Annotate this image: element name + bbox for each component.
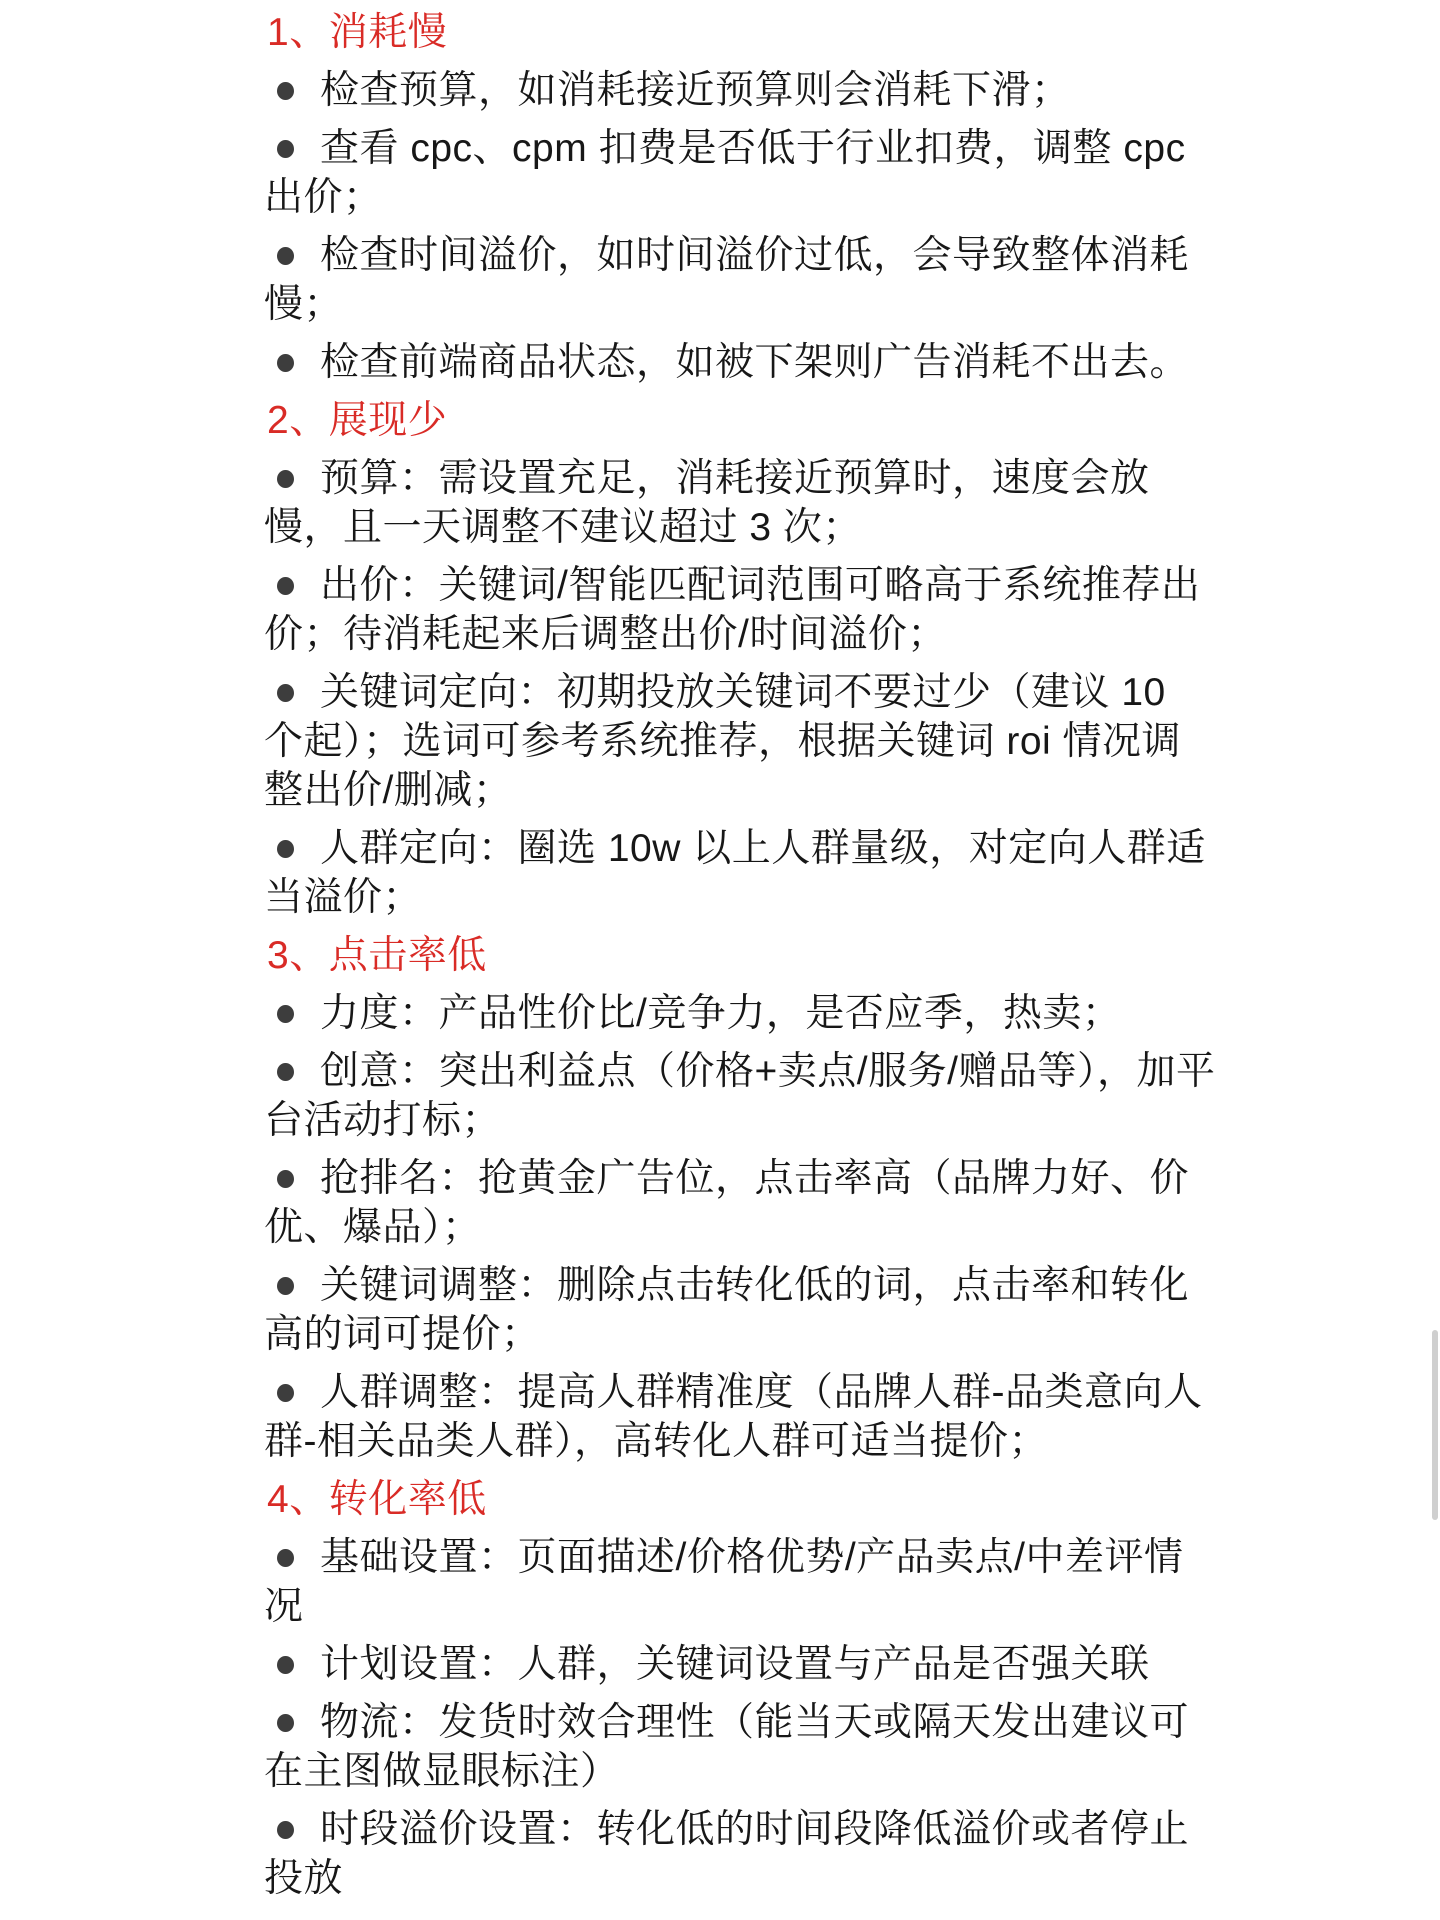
list-item-text: 检查时间溢价，如时间溢价过低，会导致整体消耗慢； — [264, 234, 1189, 326]
section-heading-1: 1、消耗慢 — [264, 8, 1216, 57]
bullet-icon — [277, 140, 294, 158]
list-item-text: 时段溢价设置：转化低的时间段降低溢价或者停止投放 — [264, 1808, 1189, 1900]
document-body: 1、消耗慢 检查预算，如消耗接近预算则会消耗下滑； 查看 cpc、cpm 扣费是… — [0, 0, 1216, 1903]
section-heading-4: 4、转化率低 — [264, 1475, 1216, 1524]
bullet-icon — [277, 354, 294, 372]
list-item: 检查前端商品状态，如被下架则广告消耗不出去。 — [264, 338, 1216, 387]
list-item: 力度：产品性价比/竞争力，是否应季，热卖； — [264, 989, 1216, 1038]
list-item: 关键词定向：初期投放关键词不要过少（建议 10 个起）；选词可参考系统推荐，根据… — [264, 668, 1216, 815]
list-item: 出价：关键词/智能匹配词范围可略高于系统推荐出价；待消耗起来后调整出价/时间溢价… — [264, 561, 1216, 659]
list-item-text: 关键词定向：初期投放关键词不要过少（建议 10 个起）；选词可参考系统推荐，根据… — [264, 671, 1181, 812]
bullet-icon — [277, 1063, 294, 1081]
list-item: 抢排名：抢黄金广告位，点击率高（品牌力好、价优、爆品）； — [264, 1154, 1216, 1252]
list-item-text: 基础设置：页面描述/价格优势/产品卖点/中差评情况 — [264, 1536, 1184, 1628]
list-item-text: 出价：关键词/智能匹配词范围可略高于系统推荐出价；待消耗起来后调整出价/时间溢价… — [264, 564, 1200, 656]
bullet-icon — [277, 247, 294, 265]
bullet-icon — [277, 1549, 294, 1567]
bullet-icon — [277, 840, 294, 858]
list-item-text: 计划设置：人群，关键词设置与产品是否强关联 — [320, 1643, 1150, 1686]
bullet-icon — [277, 1170, 294, 1188]
list-item-text: 检查前端商品状态，如被下架则广告消耗不出去。 — [320, 341, 1189, 384]
section-heading-3: 3、点击率低 — [264, 931, 1216, 980]
bullet-icon — [277, 1656, 294, 1674]
bullet-icon — [277, 82, 294, 100]
list-item: 检查预算，如消耗接近预算则会消耗下滑； — [264, 66, 1216, 115]
list-item-text: 抢排名：抢黄金广告位，点击率高（品牌力好、价优、爆品）； — [264, 1157, 1189, 1249]
list-item-text: 创意：突出利益点（价格+卖点/服务/赠品等），加平台活动打标； — [264, 1050, 1215, 1142]
list-item: 人群调整：提高人群精准度（品牌人群-品类意向人群-相关品类人群），高转化人群可适… — [264, 1368, 1216, 1466]
list-item: 时段溢价设置：转化低的时间段降低溢价或者停止投放 — [264, 1805, 1216, 1903]
list-item-text: 检查预算，如消耗接近预算则会消耗下滑； — [320, 69, 1071, 112]
bullet-icon — [277, 577, 294, 595]
list-item-text: 物流：发货时效合理性（能当天或隔天发出建议可在主图做显眼标注） — [264, 1701, 1189, 1793]
list-item-text: 人群定向：圈选 10w 以上人群量级，对定向人群适当溢价； — [264, 827, 1206, 919]
bullet-icon — [277, 1821, 294, 1839]
list-item: 计划设置：人群，关键词设置与产品是否强关联 — [264, 1640, 1216, 1689]
list-item: 创意：突出利益点（价格+卖点/服务/赠品等），加平台活动打标； — [264, 1047, 1216, 1145]
list-item-text: 力度：产品性价比/竞争力，是否应季，热卖； — [320, 992, 1121, 1035]
bullet-icon — [277, 1277, 294, 1295]
bullet-icon — [277, 1384, 294, 1402]
bullet-icon — [277, 1005, 294, 1023]
list-item: 关键词调整：删除点击转化低的词，点击率和转化高的词可提价； — [264, 1261, 1216, 1359]
list-item-text: 预算：需设置充足，消耗接近预算时，速度会放慢，且一天调整不建议超过 3 次； — [264, 457, 1150, 549]
list-item-text: 关键词调整：删除点击转化低的词，点击率和转化高的词可提价； — [264, 1264, 1189, 1356]
bullet-icon — [277, 470, 294, 488]
list-item-text: 查看 cpc、cpm 扣费是否低于行业扣费，调整 cpc 出价； — [264, 127, 1186, 219]
bullet-icon — [277, 1714, 294, 1732]
scrollbar-thumb[interactable] — [1432, 1330, 1438, 1520]
list-item-text: 人群调整：提高人群精准度（品牌人群-品类意向人群-相关品类人群），高转化人群可适… — [264, 1371, 1203, 1463]
bullet-icon — [277, 684, 294, 702]
list-item: 检查时间溢价，如时间溢价过低，会导致整体消耗慢； — [264, 231, 1216, 329]
list-item: 基础设置：页面描述/价格优势/产品卖点/中差评情况 — [264, 1533, 1216, 1631]
list-item: 物流：发货时效合理性（能当天或隔天发出建议可在主图做显眼标注） — [264, 1698, 1216, 1796]
section-heading-2: 2、展现少 — [264, 396, 1216, 445]
list-item: 人群定向：圈选 10w 以上人群量级，对定向人群适当溢价； — [264, 824, 1216, 922]
list-item: 查看 cpc、cpm 扣费是否低于行业扣费，调整 cpc 出价； — [264, 124, 1216, 222]
list-item: 预算：需设置充足，消耗接近预算时，速度会放慢，且一天调整不建议超过 3 次； — [264, 454, 1216, 552]
